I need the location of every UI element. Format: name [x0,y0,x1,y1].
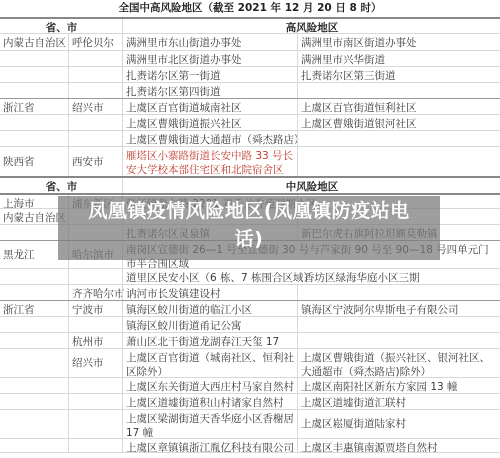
table-row: 镇海区蛟川街道甬记公寓 [0,316,500,332]
province-cell [0,439,68,453]
area-cell [297,333,500,348]
area-cell: 扎赉诺尔区第一街道 [122,67,297,82]
city-cell [68,115,122,130]
area-cell: 上虞区崧厦街道陆家村 [297,410,500,438]
city-cell: 呼伦贝尔市 [68,34,122,50]
city-cell [68,131,122,146]
medium-risk-header-row: 省、市 中风险地区 [0,176,500,193]
table-row: 内蒙古自治区 呼伦贝尔市 满洲里市东山街道办事处 满洲里市南区街道办事处 [0,33,500,50]
city-cell [68,439,122,453]
area-cell: 上虞区梁湖街道天香华庭小区香榭居 17 幢 [122,410,297,438]
table-row: 上虞区曹娥街道大通超市（舜杰路店） [0,130,500,146]
area-cell-highlighted: 雁塔区小寨路街道长安中路 33 号长安大学校本部住宅区和北院宿舍区 [122,147,297,176]
table-row: 扎赉诺尔区第一街道 扎赉诺尔区第三街道 [0,66,500,82]
area-cell: 道里区民安小区（6 栋、7 栋围合区域） [122,269,297,284]
province-cell [0,131,68,146]
high-risk-header-row: 省、市 高风险地区 [0,17,500,33]
city-cell [68,83,122,98]
area-cell: 满洲里市兴华街道 [297,51,500,66]
area-cell: 镇海区蛟川街道甬记公寓 [122,317,297,332]
area-cell [297,131,500,146]
table-row: 上虞区东关街道大西庄村马家自然村 上虞区南阳社区新东方家园 13 幢 [0,377,500,393]
header-high-risk-areas: 高风险地区 [122,19,500,33]
overlay-title-line1: 凤凰镇疫情风险地区(凤凰镇防疫站电 [58,197,440,225]
area-cell: 镇海区宁波阿尔卑斯电子有限公司 [297,301,500,316]
table-row: 上虞区道墟街道积山村诸家自然村 上虞区道墟街道汇联村 [0,393,500,409]
province-cell [0,333,68,348]
area-cell: 上虞区百官街道恒利社区 [297,99,500,114]
area-cell: 上虞区道墟街道积山村诸家自然村 [122,394,297,409]
area-cell: 萧山区北干街道龙湖春江天玺 17 [122,333,297,348]
table-bottom-border [0,452,500,453]
city-cell: 宁波市 [68,301,122,316]
province-cell [0,285,68,300]
city-cell: 绍兴市 [68,99,122,114]
city-cell: 绍兴市 [68,349,122,377]
city-cell: 西安市 [68,147,122,176]
table-row: 绍兴市 上虞区百官街道（城南社区、恒利社区除外） 上虞区曹娥街道（振兴社区、银河… [0,348,500,377]
area-cell: 镇海区蛟川街道的临江小区 [122,301,297,316]
province-cell: 内蒙古自治区 [0,34,68,50]
area-cell: 上虞区百官街道（城南社区、恒利社区除外） [122,349,297,377]
city-cell [68,317,122,332]
overlay-title: 凤凰镇疫情风险地区(凤凰镇防疫站电 话) [58,197,440,253]
province-cell [0,317,68,332]
province-cell: 浙江省 [0,301,68,316]
province-cell [0,51,68,66]
city-cell [68,378,122,393]
area-cell: 满洲里市南区街道办事处 [297,34,500,50]
header-medium-risk-areas: 中风险地区 [122,178,500,193]
province-cell [0,394,68,409]
area-cell: 上虞区南阳社区新东方家园 13 幢 [297,378,500,393]
table-row: 杭州市 萧山区北干街道龙湖春江天玺 17 [0,332,500,348]
province-cell [0,349,68,377]
province-cell: 浙江省 [0,99,68,114]
area-cell: 扎赉诺尔区第三街道 [297,67,500,82]
table-row: 上虞区章镇镇浙江胤亿科技有限公司 上虞区丰惠镇南源贾塔自然村 [0,438,500,453]
city-cell [68,410,122,438]
area-cell: 上虞区曹娥街道振兴社区 [122,115,297,130]
city-cell [68,51,122,66]
table-row: 浙江省 绍兴市 上虞区百官街道城南社区 上虞区百官街道恒利社区 [0,98,500,114]
table-row: 扎赉诺尔区第四街道 [0,82,500,98]
table-row: 上虞区梁湖街道天香华庭小区香榭居 17 幢 上虞区崧厦街道陆家村 [0,409,500,438]
city-cell: 齐齐哈尔市 [68,285,122,300]
table-row: 满洲里市北区街道办事处 满洲里市兴华街道 [0,50,500,66]
table-title: 全国中高风险地区（截至 2021 年 12 月 20 日 8 时） [0,0,500,17]
overlay-title-line2: 话) [58,225,440,253]
province-cell [0,115,68,130]
area-cell: 上虞区丰惠镇南源贾塔自然村 [297,439,500,453]
province-cell [0,269,68,284]
area-cell: 上虞区百官街道城南社区 [122,99,297,114]
area-cell: 上虞区东关街道大西庄村马家自然村 [122,378,297,393]
area-cell: 讷河市长发镇建设村 [122,285,297,300]
province-cell [0,410,68,438]
area-cell: 上虞区曹娥街道银河社区 [297,115,500,130]
city-cell [68,394,122,409]
city-cell: 杭州市 [68,333,122,348]
area-cell: 上虞区曹娥街道（振兴社区、银河社区、大通超市（舜杰路店)除外） [297,349,500,377]
area-cell: 上虞区章镇镇浙江胤亿科技有限公司 [122,439,297,453]
city-cell [68,67,122,82]
province-cell [0,83,68,98]
province-cell: 陕西省 [0,147,68,176]
table-row: 上虞区曹娥街道振兴社区 上虞区曹娥街道银河社区 [0,114,500,130]
table-row: 陕西省 西安市 雁塔区小寨路街道长安中路 33 号长安大学校本部住宅区和北院宿舍… [0,146,500,176]
area-cell: 满洲里市东山街道办事处 [122,34,297,50]
city-cell [68,269,122,284]
province-cell [0,378,68,393]
table-row: 道里区民安小区（6 栋、7 栋围合区域） 香坊区绿海华庭小区三期 [0,268,500,284]
area-cell: 扎赉诺尔区第四街道 [122,83,297,98]
area-cell: 上虞区道墟街道汇联村 [297,394,500,409]
area-cell: 香坊区绿海华庭小区三期 [301,269,500,284]
table-row: 浙江省 宁波市 镇海区蛟川街道的临江小区 镇海区宁波阿尔卑斯电子有限公司 [0,300,500,316]
risk-area-table: 全国中高风险地区（截至 2021 年 12 月 20 日 8 时） 省、市 高风… [0,0,500,458]
header-region: 省、市 [0,178,122,193]
area-cell [297,83,500,98]
header-region: 省、市 [0,19,122,33]
table-row: 齐齐哈尔市 讷河市长发镇建设村 [0,284,500,300]
area-cell [297,285,500,300]
area-cell [297,317,500,332]
province-cell [0,67,68,82]
area-cell: 上虞区曹娥街道大通超市（舜杰路店） [122,131,297,146]
area-cell: 满洲里市北区街道办事处 [122,51,297,66]
area-cell [297,147,500,176]
